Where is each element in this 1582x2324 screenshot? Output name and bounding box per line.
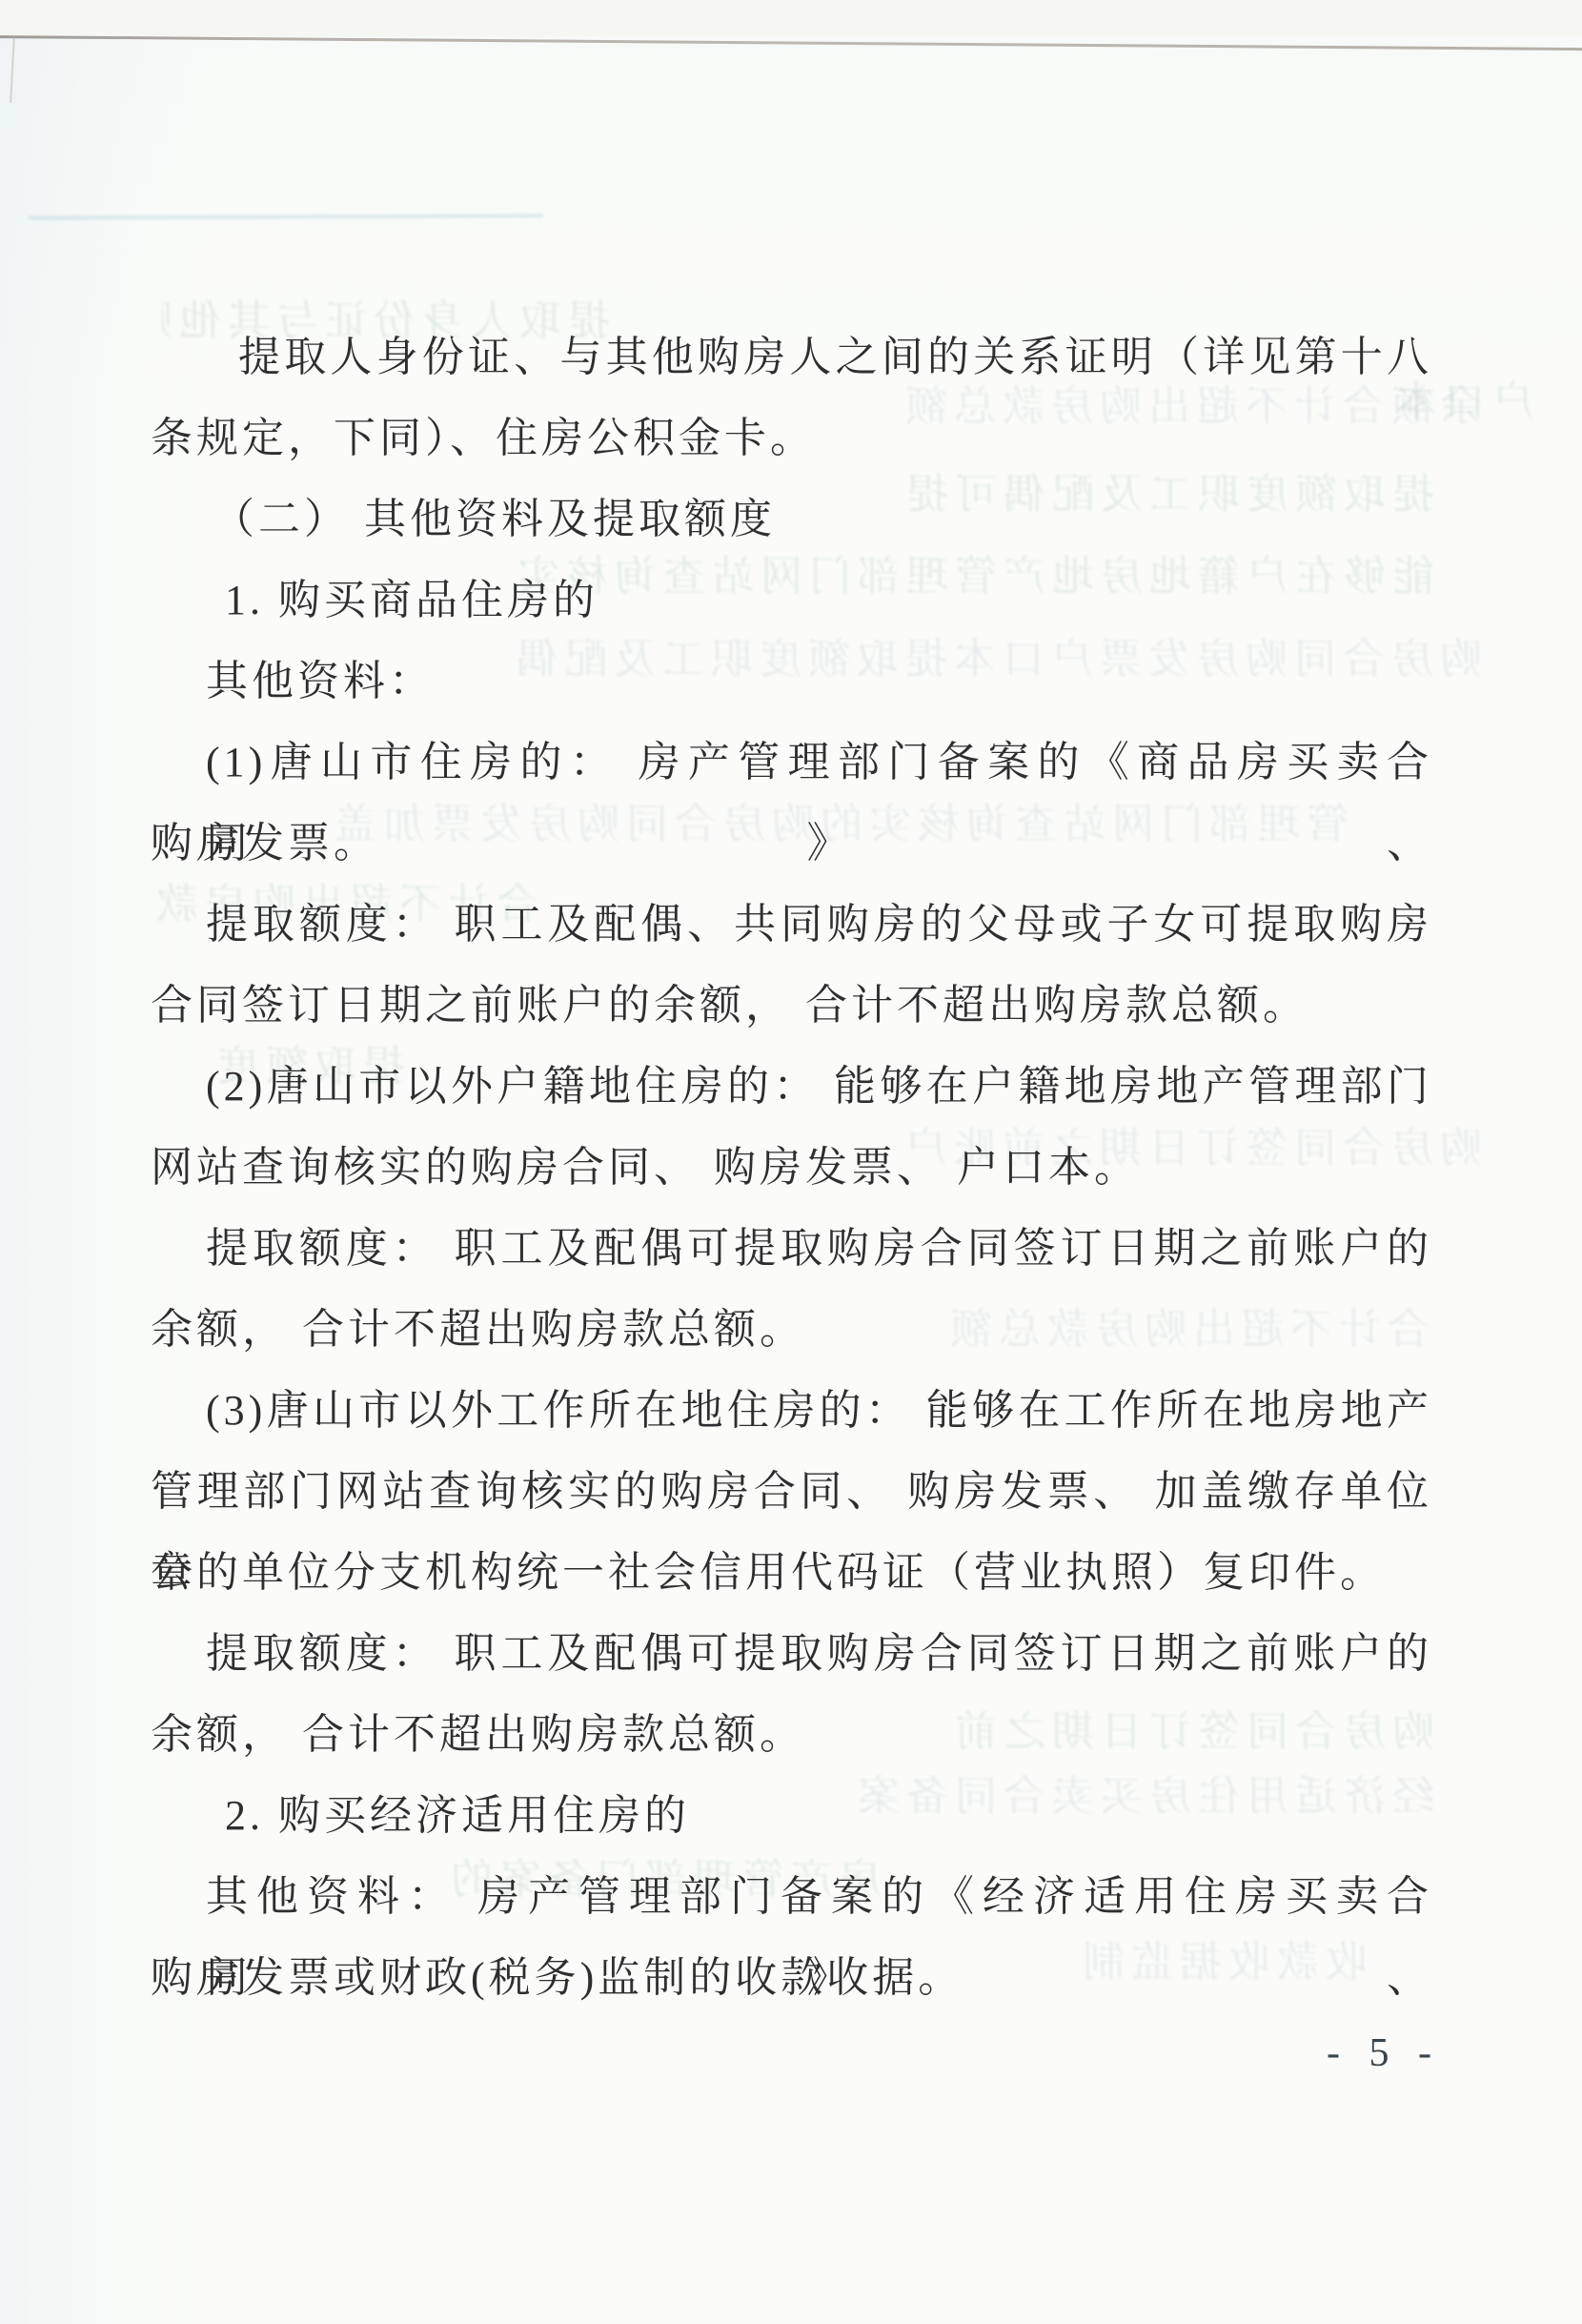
text-line: 提取人身份证、与其他购房人之间的关系证明（详见第十八 [151, 316, 1432, 398]
text-line: (3)唐山市以外工作所在地住房的： 能够在工作所在地房地产 [151, 1370, 1432, 1451]
text-line: 管理部门网站查询核实的购房合同、 购房发票、 加盖缴存单位公 [151, 1451, 1432, 1532]
text-line: 网站查询核实的购房合同、 购房发票、 户口本。 [151, 1127, 1432, 1208]
scan-top-strip [0, 0, 1582, 36]
text-line: 条规定，下同）、住房公积金卡。 [151, 398, 1432, 479]
list-item-heading: 2. 购买经济适用住房的 [151, 1775, 1432, 1856]
text-line: 章的单位分支机构统一社会信用代码证（营业执照）复印件。 [151, 1532, 1432, 1613]
text-line: 其他资料： 房产管理部门备案的《经济适用住房买卖合同》、 [151, 1856, 1432, 1937]
section-heading: （二） 其他资料及提取额度 [151, 479, 1432, 560]
scan-page-edge-corner [10, 36, 15, 103]
text-line: 余额， 合计不超出购房款总额。 [151, 1694, 1432, 1775]
text-line: 提取额度： 职工及配偶可提取购房合同签订日期之前账户的 [151, 1613, 1432, 1694]
scan-page-edge-line [0, 35, 1582, 51]
text-line: 余额， 合计不超出购房款总额。 [151, 1289, 1432, 1370]
text-line: 提取额度： 职工及配偶、共同购房的父母或子女可提取购房 [151, 884, 1432, 965]
document-page: 提取人身份证与其他购房 户口本 余额合计不超出购房款总额 提取额度职工及配偶可提… [0, 0, 1582, 2324]
text-line: 其他资料： [151, 641, 1432, 722]
text-line: (1)唐山市住房的： 房产管理部门备案的《商品房买卖合同》、 [151, 722, 1432, 803]
page-number: - 5 - [1327, 2030, 1441, 2076]
body-text: 提取人身份证、与其他购房人之间的关系证明（详见第十八 条规定，下同）、住房公积金… [151, 316, 1432, 2018]
text-line: 提取额度： 职工及配偶可提取购房合同签订日期之前账户的 [151, 1208, 1432, 1289]
text-line: 合同签订日期之前账户的余额， 合计不超出购房款总额。 [151, 965, 1432, 1046]
scan-streak-artifact [29, 214, 543, 219]
text-line: (2)唐山市以外户籍地住房的： 能够在户籍地房地产管理部门 [151, 1046, 1432, 1127]
list-item-heading: 1. 购买商品住房的 [151, 560, 1432, 641]
